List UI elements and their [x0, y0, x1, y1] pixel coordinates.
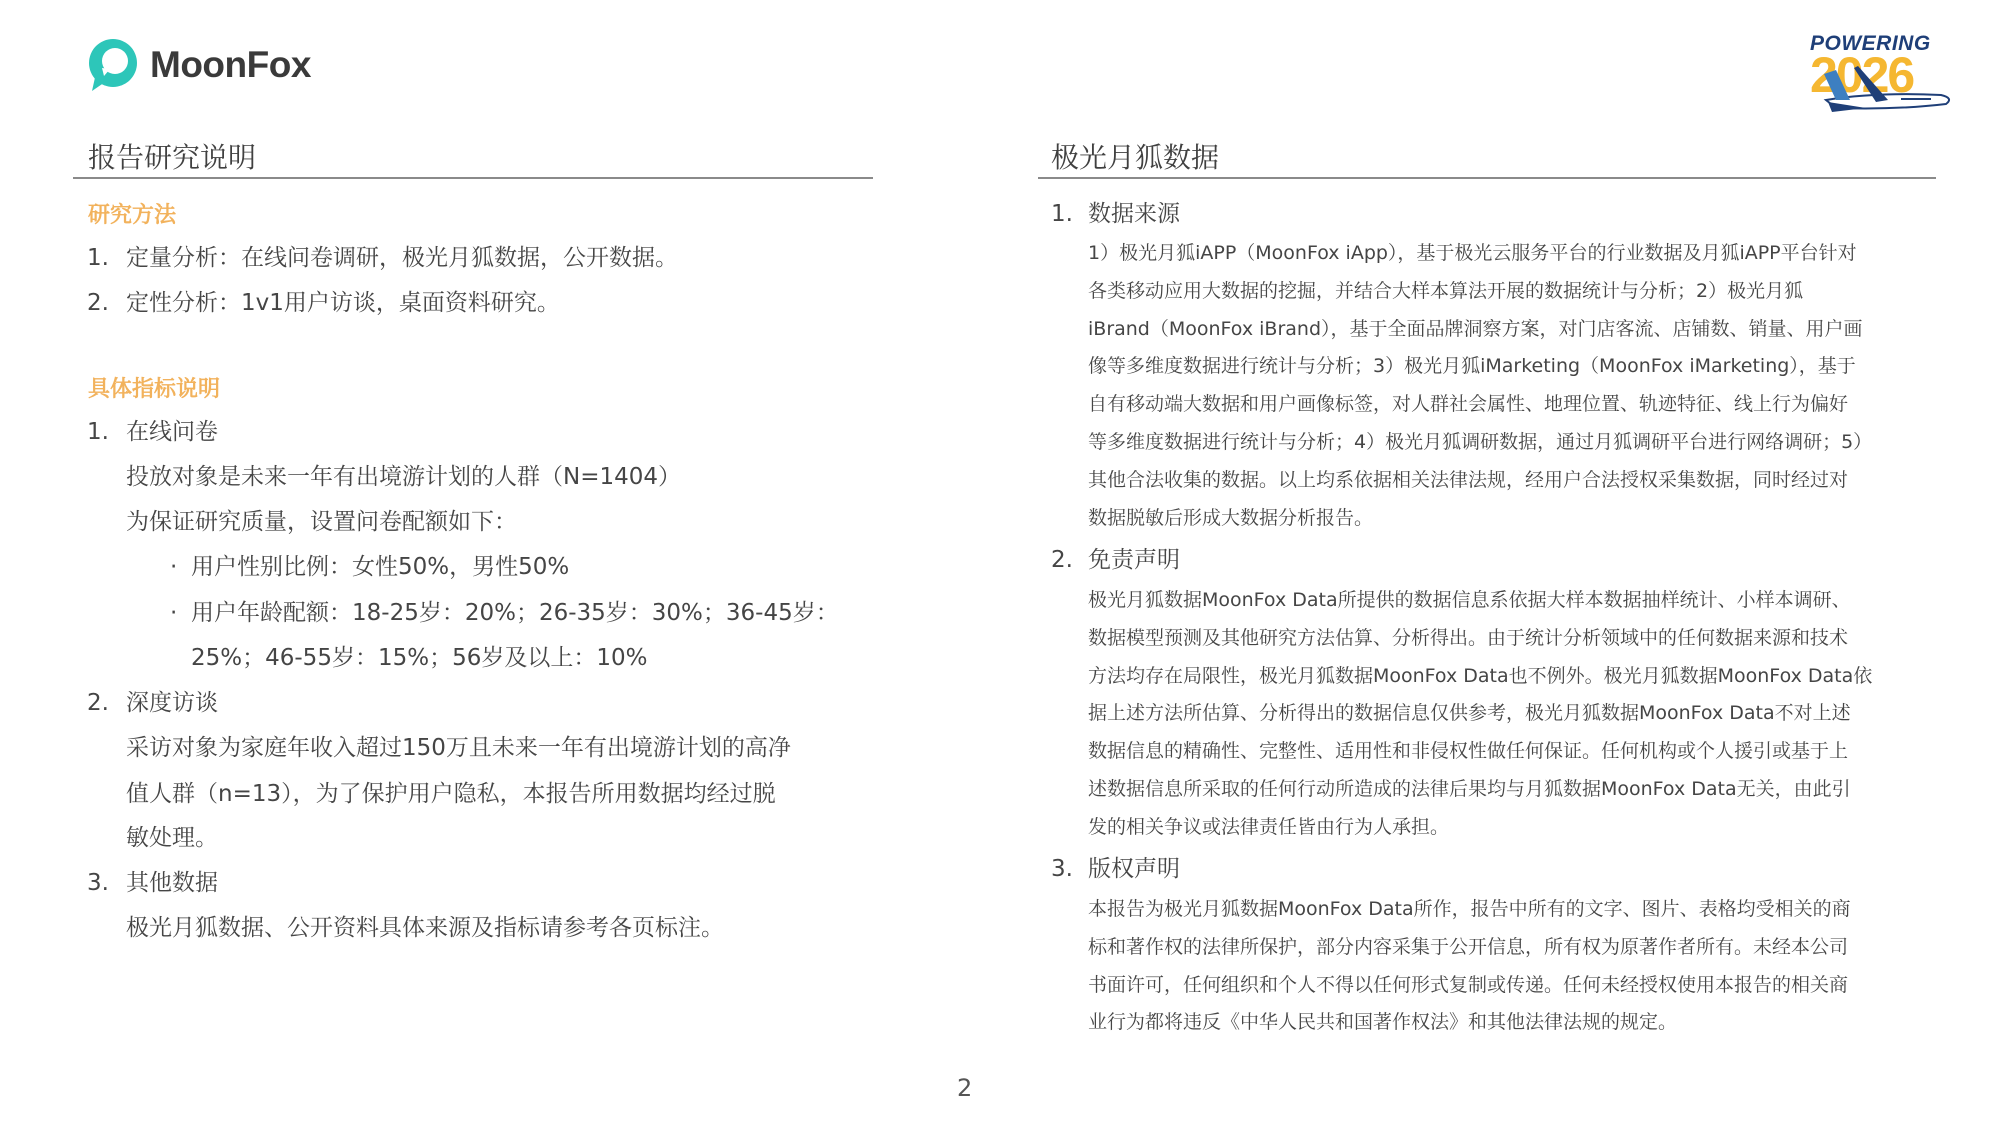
method-item-2-text: 定性分析：1v1用户访谈，桌面资料研究。 [126, 288, 560, 318]
bullet-dot: · [170, 552, 177, 582]
method-item-1-num: 1. [87, 243, 109, 273]
paragraph-line: 数据模型预测及其他研究方法估算、分析得出。由于统计分析领域中的任何数据来源和技术 [1088, 620, 1938, 658]
paragraph-line: 发的相关争议或法律责任皆由行为人承担。 [1088, 809, 1938, 847]
paragraph-line: 标和著作权的法律所保护，部分内容采集于公开信息，所有权为原著作者所有。未经本公司 [1088, 929, 1938, 967]
left-section-title: 报告研究说明 [88, 136, 256, 176]
indicator-2-line-1: 采访对象为家庭年收入超过150万且未来一年有出境游计划的高净 [126, 733, 791, 763]
paragraph-line: 述数据信息所采取的任何行动所造成的法律后果均与月狐数据MoonFox Data无… [1088, 771, 1938, 809]
data-source-heading: 数据来源 [1088, 199, 1180, 229]
indicator-2-line-2: 值人群（n=13），为了保护用户隐私，本报告所用数据均经过脱 [126, 779, 776, 809]
brand-name: MoonFox [150, 44, 311, 86]
indicator-1-line-2: 为保证研究质量，设置问卷配额如下： [126, 507, 517, 537]
left-divider [73, 177, 873, 179]
powering-2026-logo: 2026 POWERING [1806, 32, 1956, 112]
paragraph-line: 数据信息的精确性、完整性、适用性和非侵权性做任何保证。任何机构或个人援引或基于上 [1088, 733, 1938, 771]
indicator-3-num: 3. [87, 868, 109, 898]
copyright-heading: 版权声明 [1088, 854, 1180, 884]
right-section-title: 极光月狐数据 [1051, 136, 1219, 176]
paragraph-line: 自有移动端大数据和用户画像标签，对人群社会属性、地理位置、轨迹特征、线上行为偏好 [1088, 386, 1938, 424]
paragraph-line: 等多维度数据进行统计与分析；4）极光月狐调研数据，通过月狐调研平台进行网络调研；… [1088, 424, 1938, 462]
paragraph-line: 本报告为极光月狐数据MoonFox Data所作，报告中所有的文字、图片、表格均… [1088, 891, 1938, 929]
paragraph-line: 数据脱敏后形成大数据分析报告。 [1088, 500, 1938, 538]
paragraph-line: 极光月狐数据MoonFox Data所提供的数据信息系依据大样本数据抽样统计、小… [1088, 582, 1938, 620]
indicator-2-title: 深度访谈 [126, 688, 218, 718]
paragraph-line: 其他合法收集的数据。以上均系依据相关法律法规，经用户合法授权采集数据，同时经过对 [1088, 462, 1938, 500]
paragraph-line: 像等多维度数据进行统计与分析；3）极光月狐iMarketing（MoonFox … [1088, 348, 1938, 386]
indicators-heading: 具体指标说明 [88, 372, 220, 403]
indicator-1-line-1: 投放对象是未来一年有出境游计划的人群（N=1404） [126, 462, 681, 492]
copyright-paragraph: 本报告为极光月狐数据MoonFox Data所作，报告中所有的文字、图片、表格均… [1088, 891, 1938, 1042]
indicator-3-line-1: 极光月狐数据、公开资料具体来源及指标请参考各页标注。 [126, 913, 724, 943]
method-item-2-num: 2. [87, 288, 109, 318]
paragraph-line: 各类移动应用大数据的挖掘，并结合大样本算法开展的数据统计与分析；2）极光月狐 [1088, 273, 1938, 311]
age-quota-bullet-line-1: 用户年龄配额：18-25岁：20%；26-35岁：30%；36-45岁： [191, 598, 839, 628]
indicator-2-line-3: 敏处理。 [126, 823, 218, 853]
method-item-1-text: 定量分析：在线问卷调研，极光月狐数据，公开数据。 [126, 243, 678, 273]
disclaimer-num: 2. [1051, 545, 1073, 575]
paragraph-line: 方法均存在局限性，极光月狐数据MoonFox Data也不例外。极光月狐数据Mo… [1088, 658, 1938, 696]
moonfox-logo-icon [86, 38, 138, 92]
data-source-num: 1. [1051, 199, 1073, 229]
paragraph-line: iBrand（MoonFox iBrand），基于全面品牌洞察方案，对门店客流、… [1088, 311, 1938, 349]
disclaimer-paragraph: 极光月狐数据MoonFox Data所提供的数据信息系依据大样本数据抽样统计、小… [1088, 582, 1938, 847]
indicator-1-num: 1. [87, 417, 109, 447]
bullet-dot: · [170, 598, 177, 628]
copyright-num: 3. [1051, 854, 1073, 884]
paragraph-line: 业行为都将违反《中华人民共和国著作权法》和其他法律法规的规定。 [1088, 1004, 1938, 1042]
indicator-1-title: 在线问卷 [126, 417, 218, 447]
disclaimer-heading: 免责声明 [1088, 545, 1180, 575]
data-source-paragraph: 1）极光月狐iAPP（MoonFox iApp），基于极光云服务平台的行业数据及… [1088, 235, 1938, 537]
age-quota-bullet-line-2: 25%；46-55岁：15%；56岁及以上：10% [191, 643, 647, 673]
paragraph-line: 据上述方法所估算、分析得出的数据信息仅供参考，极光月狐数据MoonFox Dat… [1088, 695, 1938, 733]
event-logo-title: POWERING [1810, 32, 1931, 56]
indicator-2-num: 2. [87, 688, 109, 718]
moonfox-logo: MoonFox [86, 37, 311, 93]
paragraph-line: 1）极光月狐iAPP（MoonFox iApp），基于极光云服务平台的行业数据及… [1088, 235, 1938, 273]
research-method-heading: 研究方法 [88, 198, 176, 229]
right-divider [1038, 177, 1936, 179]
airplane-icon [1806, 62, 1956, 114]
page-number: 2 [957, 1074, 972, 1102]
gender-ratio-bullet: 用户性别比例：女性50%，男性50% [191, 552, 569, 582]
paragraph-line: 书面许可，任何组织和个人不得以任何形式复制或传递。任何未经授权使用本报告的相关商 [1088, 967, 1938, 1005]
indicator-3-title: 其他数据 [126, 868, 218, 898]
